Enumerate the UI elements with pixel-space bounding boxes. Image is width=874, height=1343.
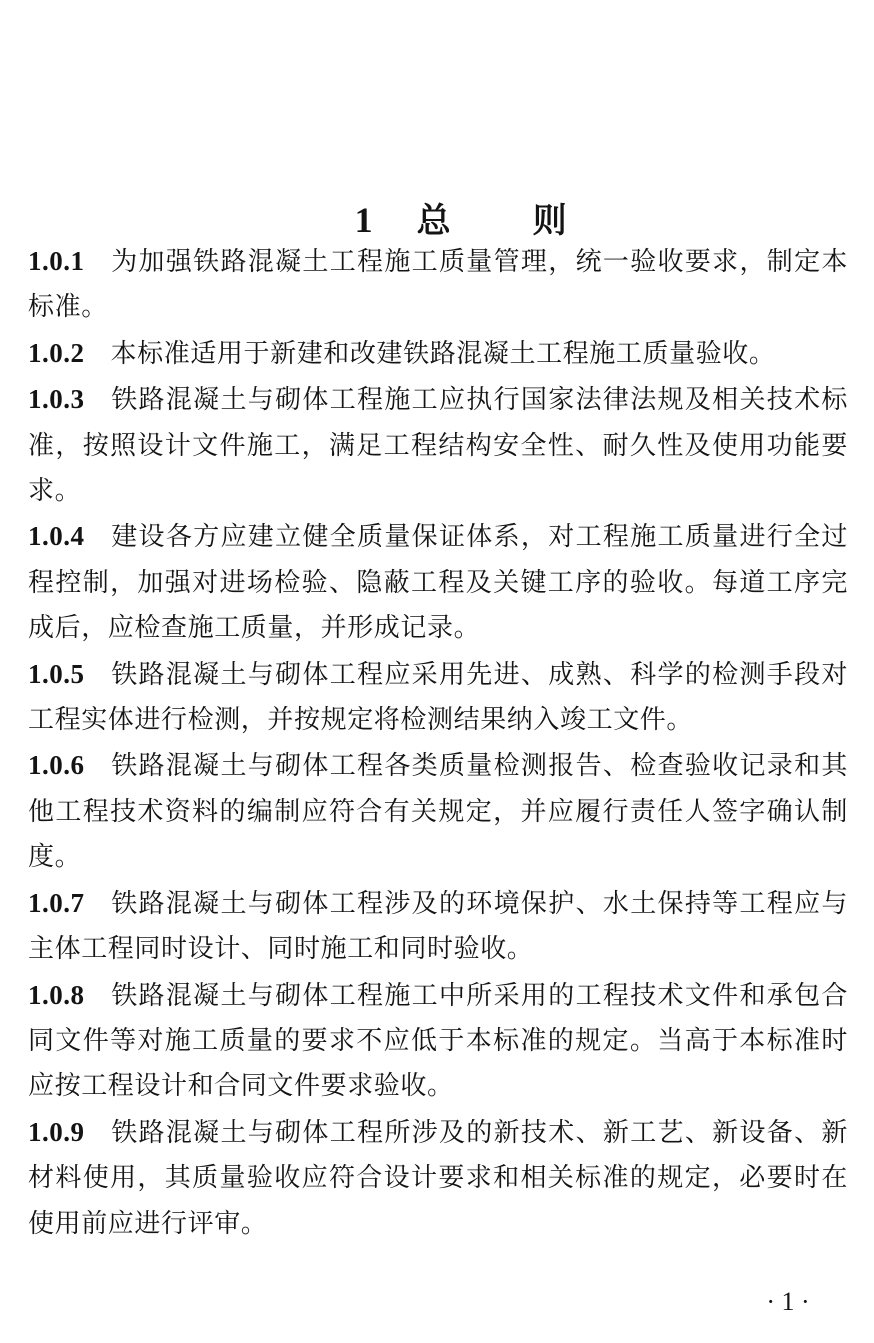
clause-text: 本标准适用于新建和改建铁路混凝土工程施工质量验收。	[111, 339, 776, 369]
clause-1-0-5: 1.0.5铁路混凝土与砌体工程应采用先进、成熟、科学的检测手段对工程实体进行检测…	[28, 652, 848, 744]
clause-text: 铁路混凝土与砌体工程施工中所采用的工程技术文件和承包合同文件等对施工质量的要求不…	[28, 981, 848, 1102]
clause-number: 1.0.3	[28, 384, 85, 414]
clause-number: 1.0.1	[28, 246, 85, 276]
clause-text: 建设各方应建立健全质量保证体系，对工程施工质量进行全过程控制，加强对进场检验、隐…	[28, 522, 848, 643]
clause-number: 1.0.8	[28, 980, 85, 1010]
clause-number: 1.0.4	[28, 521, 85, 551]
clause-1-0-3: 1.0.3铁路混凝土与砌体工程施工应执行国家法律法规及相关技术标准，按照设计文件…	[28, 377, 848, 514]
clause-text: 铁路混凝土与砌体工程各类质量检测报告、检查验收记录和其他工程技术资料的编制应符合…	[28, 751, 848, 872]
clause-number: 1.0.2	[28, 338, 85, 368]
clause-text: 铁路混凝土与砌体工程涉及的环境保护、水土保持等工程应与主体工程同时设计、同时施工…	[28, 889, 848, 964]
chapter-title-char-1: 总	[417, 201, 451, 241]
clause-number: 1.0.7	[28, 888, 85, 918]
clauses-body: 1.0.1为加强铁路混凝土工程施工质量管理，统一验收要求，制定本标准。 1.0.…	[28, 239, 848, 1247]
clause-number: 1.0.9	[28, 1117, 85, 1147]
clause-1-0-7: 1.0.7铁路混凝土与砌体工程涉及的环境保护、水土保持等工程应与主体工程同时设计…	[28, 881, 848, 973]
chapter-title-char-2: 则	[533, 201, 567, 241]
clause-number: 1.0.5	[28, 659, 85, 689]
clause-text: 铁路混凝土与砌体工程施工应执行国家法律法规及相关技术标准，按照设计文件施工，满足…	[28, 385, 848, 506]
clause-number: 1.0.6	[28, 750, 85, 780]
clause-1-0-1: 1.0.1为加强铁路混凝土工程施工质量管理，统一验收要求，制定本标准。	[28, 239, 848, 331]
clause-text: 铁路混凝土与砌体工程所涉及的新技术、新工艺、新设备、新材料使用，其质量验收应符合…	[28, 1118, 848, 1239]
clause-1-0-2: 1.0.2本标准适用于新建和改建铁路混凝土工程施工质量验收。	[28, 331, 848, 377]
clause-1-0-8: 1.0.8铁路混凝土与砌体工程施工中所采用的工程技术文件和承包合同文件等对施工质…	[28, 973, 848, 1110]
page-number: · 1 ·	[748, 1284, 828, 1320]
clause-text: 为加强铁路混凝土工程施工质量管理，统一验收要求，制定本标准。	[28, 247, 848, 322]
clause-1-0-4: 1.0.4建设各方应建立健全质量保证体系，对工程施工质量进行全过程控制，加强对进…	[28, 514, 848, 651]
chapter-number: 1	[355, 200, 373, 240]
clause-1-0-6: 1.0.6铁路混凝土与砌体工程各类质量检测报告、检查验收记录和其他工程技术资料的…	[28, 743, 848, 880]
clause-1-0-9: 1.0.9铁路混凝土与砌体工程所涉及的新技术、新工艺、新设备、新材料使用，其质量…	[28, 1110, 848, 1247]
document-page: 1总则 1.0.1为加强铁路混凝土工程施工质量管理，统一验收要求，制定本标准。 …	[0, 0, 874, 1343]
clause-text: 铁路混凝土与砌体工程应采用先进、成熟、科学的检测手段对工程实体进行检测，并按规定…	[28, 660, 848, 735]
